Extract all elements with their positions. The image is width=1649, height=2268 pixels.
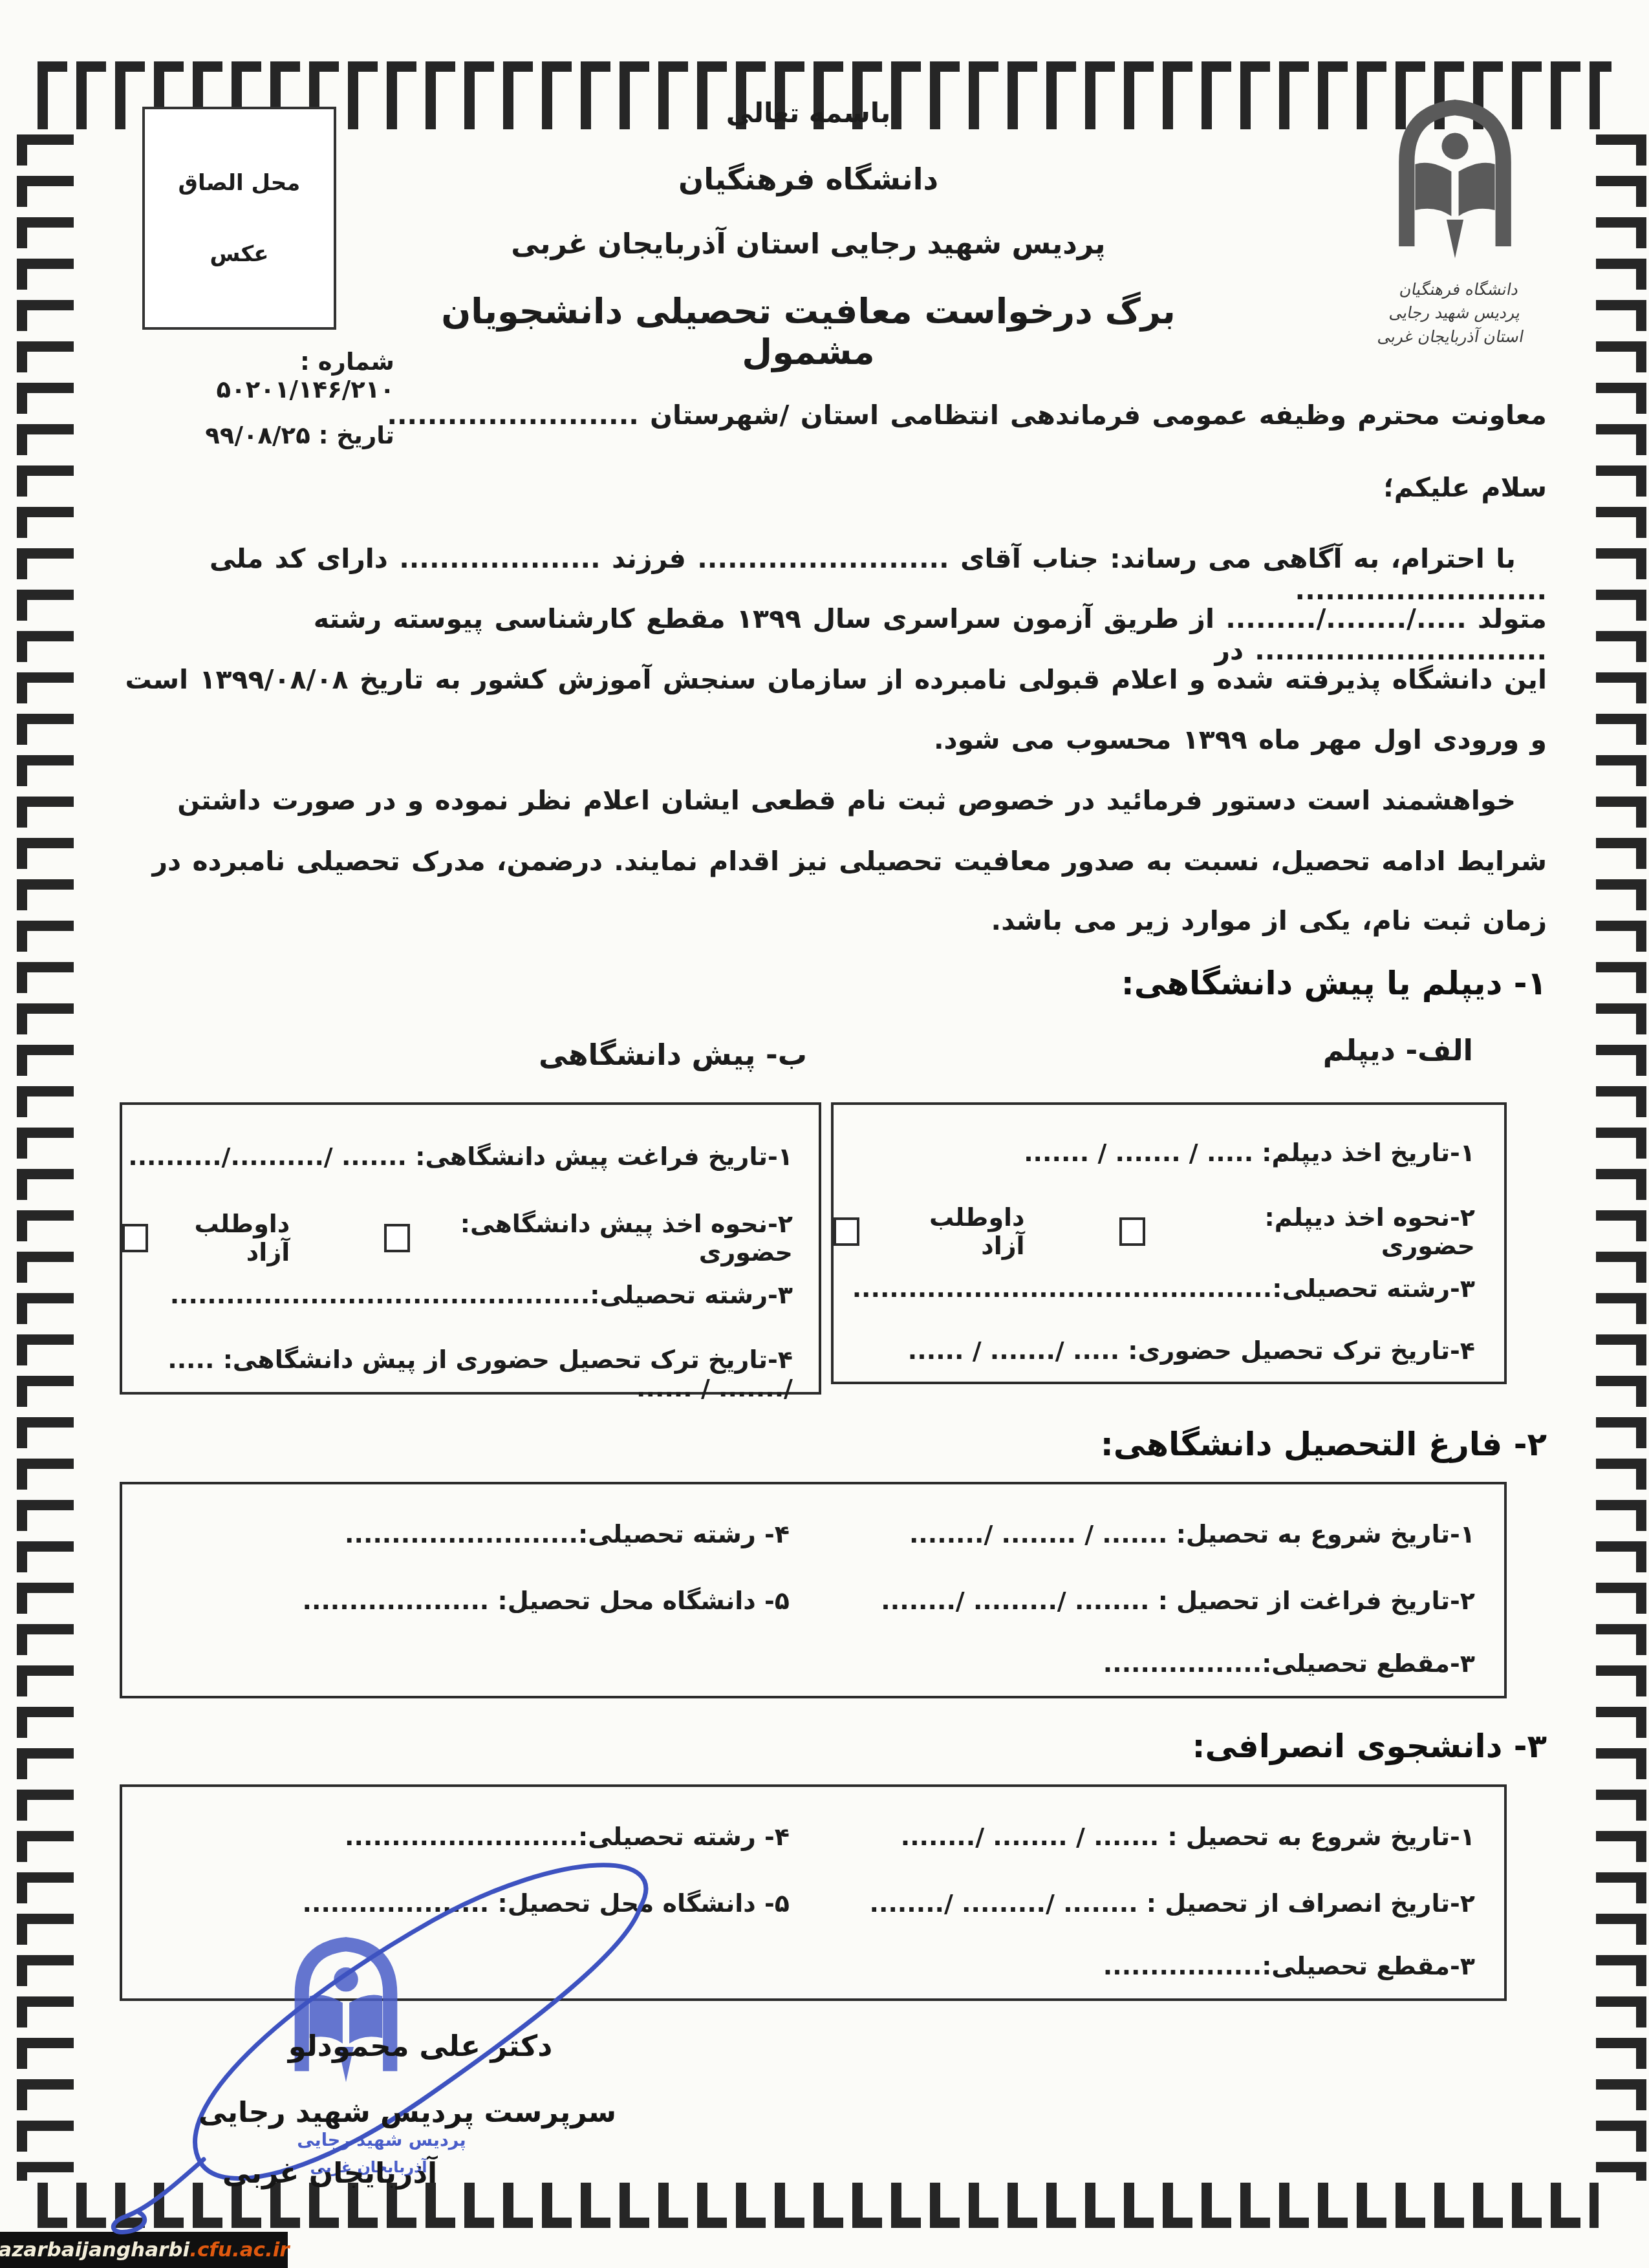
- logo-caption-line1: دانشگاه فرهنگیان: [1334, 278, 1584, 301]
- pre-item-3: ۳-رشته تحصیلی:..........................…: [170, 1281, 793, 1309]
- diploma-item-3: ۳-رشته تحصیلی:..........................…: [852, 1274, 1475, 1303]
- grad-item-1: ۱-تاریخ شروع به تحصیل: ....... / .......…: [909, 1520, 1475, 1548]
- logo-caption-line2: پردیس شهید رجایی: [1330, 301, 1580, 325]
- diploma-box: ۱-تاریخ اخذ دیپلم: ..... / ....... / ...…: [831, 1102, 1507, 1384]
- logo-caption-line3: استان آذربایجان غربی: [1326, 325, 1575, 348]
- scanned-form-page: محل الصاق عکس باسمه تعالی دانشگاه فرهنگی…: [0, 0, 1649, 2268]
- logo-caption: دانشگاه فرهنگیان پردیس شهید رجایی استان …: [1326, 278, 1584, 348]
- photo-box-label-2: عکس: [210, 241, 268, 267]
- checkbox-in-person-pre: [384, 1224, 410, 1252]
- section1-title: ۱- دیپلم یا پیش دانشگاهی:: [1121, 965, 1547, 1002]
- graduate-box: ۱-تاریخ شروع به تحصیل: ....... / .......…: [120, 1482, 1507, 1698]
- pre-item-2: ۲-نحوه اخذ پیش دانشگاهی: حضوری داوطلب آز…: [122, 1210, 793, 1267]
- grad-item-4: ۴- رشته تحصیلی:.........................: [345, 1520, 790, 1548]
- diploma-item-1: ۱-تاریخ اخذ دیپلم: ..... / ....... / ...…: [1024, 1139, 1475, 1167]
- body-line-f: شرایط ادامه تحصیل، نسبت به صدور معافیت ت…: [97, 846, 1547, 877]
- withdraw-item-1: ۱-تاریخ شروع به تحصیل : ....... / ......…: [901, 1823, 1475, 1851]
- diploma-method-label: ۲-نحوه اخذ دیپلم: حضوری: [1163, 1203, 1475, 1260]
- diploma-heading: الف- دیپلم: [1323, 1033, 1473, 1067]
- form-title: برگ درخواست معافیت تحصیلی دانشجویان مشمو…: [388, 291, 1229, 372]
- grad-item-5: ۵- دانشگاه محل تحصیل: ..................…: [303, 1587, 790, 1615]
- withdraw-item-3: ۳-مقطع تحصیلی:.................: [1103, 1952, 1475, 1980]
- checkbox-in-person: [1119, 1217, 1145, 1246]
- diploma-item-2: ۲-نحوه اخذ دیپلم: حضوری داوطلب آزاد: [834, 1203, 1475, 1260]
- photo-attach-box: محل الصاق عکس: [142, 107, 336, 330]
- doc-number: شماره : ۵۰۲۰۱/۱۴۶/۲۱۰: [136, 348, 394, 403]
- pre-method-label: ۲-نحوه اخذ پیش دانشگاهی: حضوری: [428, 1210, 793, 1267]
- free-candidate-label: داوطلب آزاد: [878, 1203, 1025, 1260]
- diploma-item-4: ۴-تاریخ ترک تحصیل حضوری: ..... /....... …: [908, 1336, 1475, 1365]
- pre-item-1: ۱-تاریخ فراغت پیش دانشگاهی: ....... /...…: [128, 1142, 793, 1171]
- university-name: دانشگاه فرهنگیان: [388, 162, 1229, 197]
- section2-title: ۲- فارغ التحصیل دانشگاهی:: [1101, 1426, 1547, 1463]
- withdraw-item-2: ۲-تاریخ انصراف از تحصیل : ........ /....…: [870, 1889, 1475, 1918]
- checkbox-free-candidate-pre: [122, 1224, 148, 1252]
- grad-item-2: ۲-تاریخ فراغت از تحصیل : ........ /.....…: [881, 1587, 1475, 1615]
- body-line-c: این دانشگاه پذیرفته شده و اعلام قبولی نا…: [97, 664, 1547, 696]
- signatory-role: سرپرست پردیس شهید رجایی: [149, 2096, 666, 2129]
- body-line-d: و ورودی اول مهر ماه ۱۳۹۹ محسوب می شود.: [97, 724, 1547, 756]
- bismillah: باسمه تعالی: [388, 97, 1229, 129]
- salutation: سلام علیکم؛: [97, 472, 1547, 504]
- university-logo-block: دانشگاه فرهنگیان پردیس شهید رجایی استان …: [1332, 92, 1578, 348]
- body-line-b: متولد ...../......../......... از طریق آ…: [97, 603, 1547, 667]
- checkbox-free-candidate: [834, 1217, 859, 1246]
- grad-item-3: ۳-مقطع تحصیلی:.................: [1103, 1649, 1475, 1678]
- section3-title: ۳- دانشجوی انصرافی:: [1192, 1728, 1547, 1765]
- signatory-name: دکتر علی محمودلو: [194, 2029, 647, 2063]
- signatory-region: آذربایجان غربی: [129, 2157, 530, 2190]
- body-line-a: با احترام، به آگاهی می رساند: جناب آقای …: [97, 543, 1547, 606]
- body-line-g: زمان ثبت نام، یکی از موارد زیر می باشد.: [97, 905, 1547, 937]
- border-right-chain: [1596, 134, 1646, 2181]
- free-candidate-label-pre: داوطلب آزاد: [166, 1210, 290, 1267]
- body-line-e: خواهشمند است دستور فرمائید در خصوص ثبت ن…: [97, 785, 1547, 817]
- pre-university-heading: ب- پیش دانشگاهی: [539, 1038, 807, 1072]
- photo-box-label-1: محل الصاق: [178, 170, 301, 196]
- pre-university-box: ۱-تاریخ فراغت پیش دانشگاهی: ....... /...…: [120, 1102, 821, 1395]
- addressee-line: معاونت محترم وظیفه عمومی فرماندهی انتظام…: [97, 400, 1547, 431]
- university-logo-icon: [1381, 92, 1529, 273]
- pre-item-4: ۴-تاریخ ترک تحصیل حضوری از پیش دانشگاهی:…: [122, 1345, 793, 1402]
- campus-name: پردیس شهید رجایی استان آذربایجان غربی: [388, 228, 1229, 261]
